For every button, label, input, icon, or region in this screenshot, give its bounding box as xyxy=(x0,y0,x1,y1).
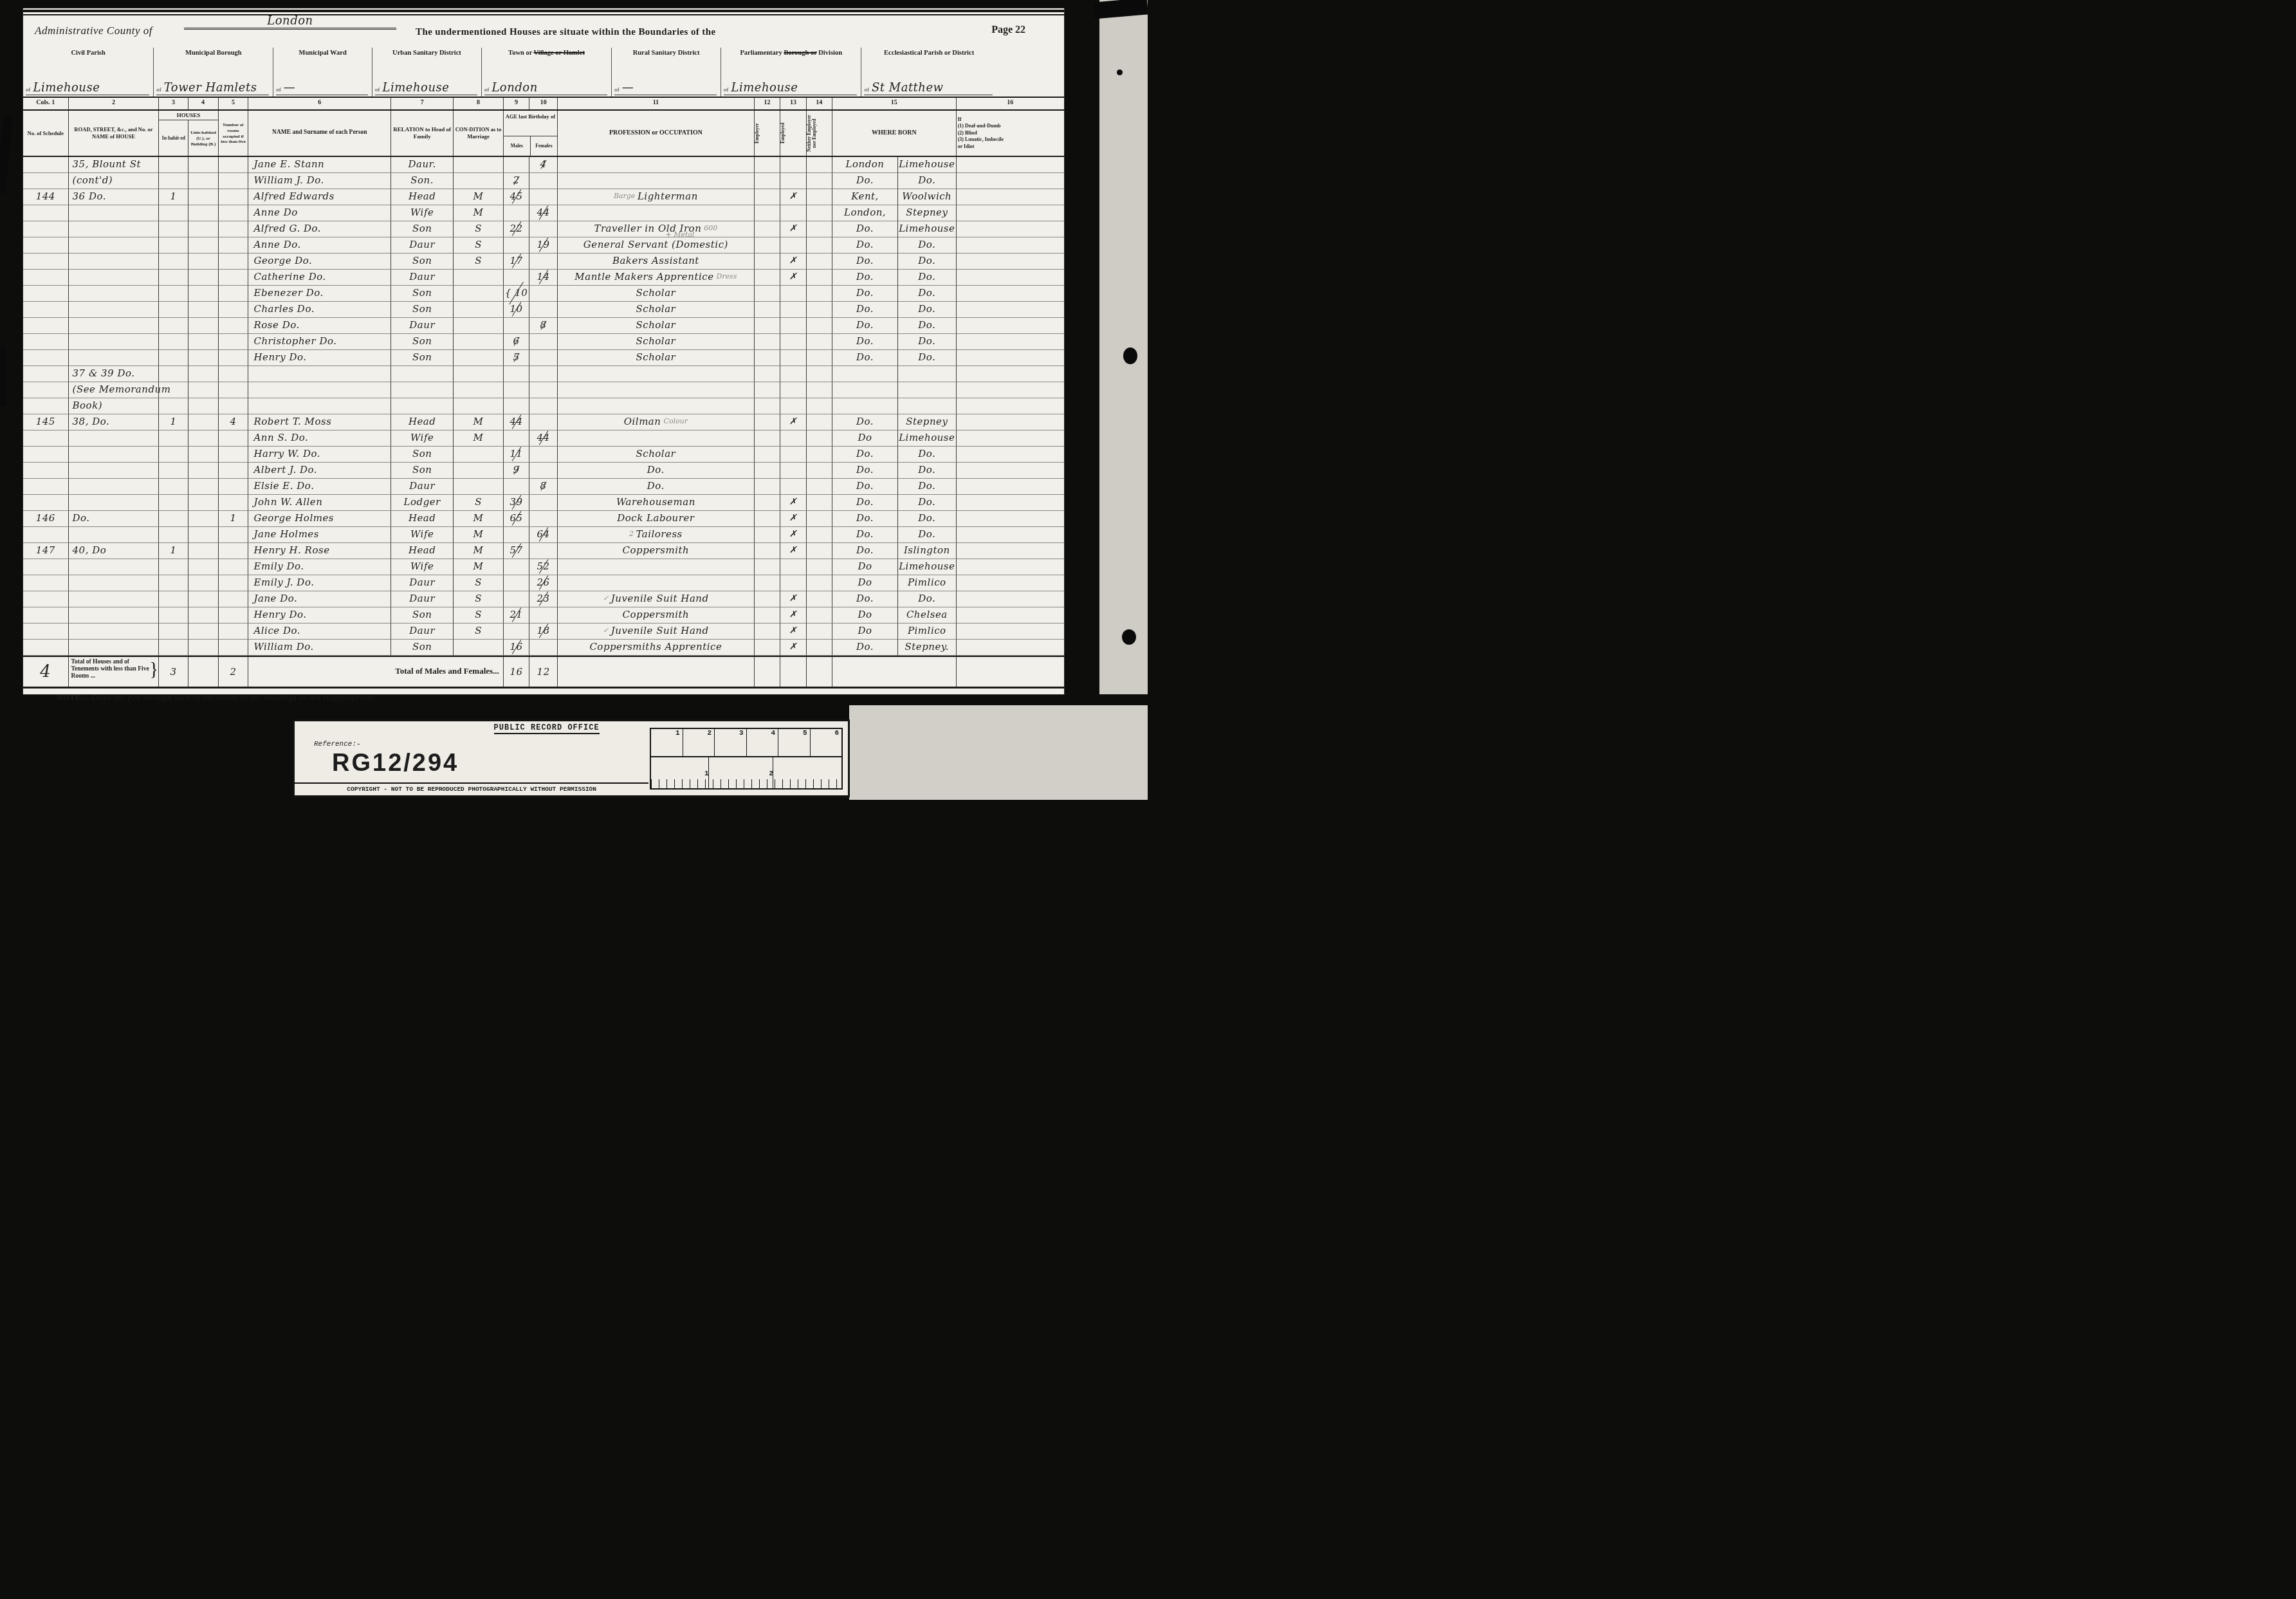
cell-relation: Daur. xyxy=(390,157,453,173)
table-row: 14436 Do.1Alfred EdwardsHeadM45Barge Lig… xyxy=(23,189,1064,205)
cell-age-female xyxy=(529,414,557,430)
cell-employer xyxy=(754,511,780,527)
cell-schedule xyxy=(23,479,68,495)
col-number: 15 xyxy=(832,98,956,109)
cell-infirmity xyxy=(956,302,1064,318)
cell-condition: S xyxy=(453,591,503,607)
cell-employer xyxy=(754,189,780,205)
cell-name: Harry W. Do. xyxy=(248,447,390,463)
cell-condition: M xyxy=(453,430,503,447)
cell-age-female: 26 xyxy=(529,575,557,591)
page-number: Page 22 xyxy=(991,24,1025,36)
cell-age-female xyxy=(529,334,557,350)
cell-inhabited xyxy=(158,511,187,527)
table-row: 14538, Do.14Robert T. MossHeadM44Oilman … xyxy=(23,414,1064,430)
cell-name: Ann S. Do. xyxy=(248,430,390,447)
cell-relation: Son xyxy=(390,350,453,366)
district-label: Town or Village or Hamlet xyxy=(482,50,611,57)
cell-name: William Do. xyxy=(248,640,390,656)
cell-condition: M xyxy=(453,189,503,205)
table-row: 37 & 39 Do. xyxy=(23,366,1064,382)
cell-employed xyxy=(780,479,805,495)
cell-born-county: Do. xyxy=(832,463,897,479)
ruler-ticks xyxy=(651,779,841,790)
cell-employer xyxy=(754,302,780,318)
total-spacer xyxy=(806,657,832,687)
ink-blob xyxy=(1117,69,1123,75)
cell-born-place: Stepney. xyxy=(897,640,956,656)
col-header-females: Females xyxy=(530,136,557,156)
cell-occupation: Scholar xyxy=(557,447,754,463)
table-row: Henry Do.SonS21Coppersmith✗DoChelsea xyxy=(23,607,1064,624)
cell-born-place: Woolwich xyxy=(897,189,956,205)
cell-relation xyxy=(390,366,453,382)
cell-infirmity xyxy=(956,270,1064,286)
cell-address xyxy=(68,237,159,254)
cell-employed: ✗ xyxy=(780,270,805,286)
cell-infirmity xyxy=(956,624,1064,640)
footnote-text: —Draw the pen through such of the words … xyxy=(84,692,376,702)
total-spacer xyxy=(780,657,805,687)
admin-county-label: Administrative County of xyxy=(35,24,152,37)
district-value: of London xyxy=(484,81,607,95)
table-row: Emily J. Do.DaurS26DoPimlico xyxy=(23,575,1064,591)
cell-condition: S xyxy=(453,495,503,511)
total-females: 12 xyxy=(529,657,557,687)
cell-schedule xyxy=(23,237,68,254)
cell-born-place: Do. xyxy=(897,270,956,286)
ruler-inch-cell: 2 xyxy=(683,729,715,756)
cell-inhabited xyxy=(158,302,187,318)
cell-infirmity xyxy=(956,463,1064,479)
ruler-inch-cell: 5 xyxy=(778,729,810,756)
cell-name: William J. Do. xyxy=(248,173,390,189)
cell-condition xyxy=(453,270,503,286)
cell-uninhabited xyxy=(188,430,218,447)
cell-relation: Daur xyxy=(390,575,453,591)
cell-inhabited xyxy=(158,640,187,656)
cell-neither xyxy=(806,205,832,221)
cell-age-male xyxy=(503,624,529,640)
cell-occupation: General Servant (Domestic)+ Metal xyxy=(557,237,754,254)
table-row: Anne Do.DaurS19General Servant (Domestic… xyxy=(23,237,1064,254)
table-row: Christopher Do.Son6ScholarDo.Do. xyxy=(23,334,1064,350)
col-number: 12 xyxy=(754,98,780,109)
cell-condition: M xyxy=(453,205,503,221)
cell-relation: Son xyxy=(390,447,453,463)
cell-occupation: 2 Tailoress xyxy=(557,527,754,543)
cell-name: Robert T. Moss xyxy=(248,414,390,430)
cell-neither xyxy=(806,414,832,430)
cell-rooms xyxy=(218,173,248,189)
cell-employed xyxy=(780,286,805,302)
cell-age-male: 45 xyxy=(503,189,529,205)
cell-neither xyxy=(806,302,832,318)
cell-condition xyxy=(453,286,503,302)
cell-schedule xyxy=(23,286,68,302)
scan-background xyxy=(849,705,1148,800)
cell-age-male xyxy=(503,430,529,447)
cell-name: Jane Do. xyxy=(248,591,390,607)
cell-relation: Wife xyxy=(390,205,453,221)
cell-rooms xyxy=(218,334,248,350)
cell-rooms xyxy=(218,575,248,591)
col-header-rooms: Number of rooms occupied if less than fi… xyxy=(218,111,248,156)
cell-rooms xyxy=(218,237,248,254)
cell-employer xyxy=(754,575,780,591)
cell-uninhabited xyxy=(188,205,218,221)
cell-employer xyxy=(754,479,780,495)
cell-inhabited xyxy=(158,318,187,334)
cell-relation: Son xyxy=(390,221,453,237)
cell-occupation: ✓ Juvenile Suit Hand xyxy=(557,624,754,640)
cell-infirmity xyxy=(956,334,1064,350)
cell-born-county: London, xyxy=(832,205,897,221)
cell-infirmity xyxy=(956,382,1064,398)
cell-uninhabited xyxy=(188,479,218,495)
cell-employed xyxy=(780,398,805,414)
cell-infirmity xyxy=(956,591,1064,607)
cell-address xyxy=(68,430,159,447)
cell-inhabited xyxy=(158,221,187,237)
cell-relation: Head xyxy=(390,414,453,430)
cell-employer xyxy=(754,221,780,237)
cell-uninhabited xyxy=(188,350,218,366)
cell-uninhabited xyxy=(188,189,218,205)
cell-rooms xyxy=(218,205,248,221)
cell-neither xyxy=(806,495,832,511)
cell-uninhabited xyxy=(188,302,218,318)
cell-occupation xyxy=(557,382,754,398)
cell-age-female xyxy=(529,189,557,205)
cell-schedule xyxy=(23,640,68,656)
district-value: of — xyxy=(276,81,368,95)
cell-address xyxy=(68,495,159,511)
cell-address xyxy=(68,286,159,302)
cell-address xyxy=(68,607,159,624)
district-box: Municipal Boroughof Tower Hamlets xyxy=(153,48,273,97)
col-header-whereborn: WHERE BORN xyxy=(832,111,956,156)
census-scan: Administrative County of London The unde… xyxy=(0,0,1148,800)
cell-condition: S xyxy=(453,607,503,624)
cell-uninhabited xyxy=(188,463,218,479)
cell-uninhabited xyxy=(188,221,218,237)
cell-name: Ebenezer Do. xyxy=(248,286,390,302)
cell-name: George Holmes xyxy=(248,511,390,527)
table-row: George Do.SonS17Bakers Assistant✗Do.Do. xyxy=(23,254,1064,270)
cell-employed xyxy=(780,559,805,575)
cell-age-male: 6 xyxy=(503,334,529,350)
cell-inhabited xyxy=(158,447,187,463)
cell-inhabited xyxy=(158,527,187,543)
cell-inhabited: 1 xyxy=(158,543,187,559)
cell-born-place: Limehouse xyxy=(897,430,956,447)
cell-address xyxy=(68,527,159,543)
cell-born-county: Do. xyxy=(832,511,897,527)
cell-neither xyxy=(806,543,832,559)
cell-born-place: Do. xyxy=(897,463,956,479)
cell-born-place: Do. xyxy=(897,479,956,495)
district-label: Rural Sanitary District xyxy=(612,50,721,57)
cell-born-county: Do. xyxy=(832,286,897,302)
cell-rooms xyxy=(218,157,248,173)
cell-name: Emily J. Do. xyxy=(248,575,390,591)
district-label: Municipal Ward xyxy=(273,50,372,57)
cell-employed xyxy=(780,350,805,366)
cell-uninhabited xyxy=(188,527,218,543)
ruler-inch-cell: 4 xyxy=(746,729,778,756)
cell-name: Anne Do. xyxy=(248,237,390,254)
cell-born-place: Do. xyxy=(897,350,956,366)
cell-born-county: Do xyxy=(832,430,897,447)
cell-inhabited xyxy=(158,270,187,286)
cell-born-county xyxy=(832,366,897,382)
cell-schedule xyxy=(23,430,68,447)
struck-words: Borough or xyxy=(784,50,816,57)
total-spacer xyxy=(557,657,754,687)
footnote-prefix: NOTE. xyxy=(57,692,84,702)
table-row: Harry W. Do.Son11ScholarDo.Do. xyxy=(23,447,1064,463)
total-spacer xyxy=(754,657,780,687)
cell-born-county: Do. xyxy=(832,221,897,237)
cell-neither xyxy=(806,221,832,237)
col-header-age: AGE last Birthday ofMalesFemales xyxy=(503,111,557,156)
cell-rooms xyxy=(218,624,248,640)
top-rule xyxy=(23,10,1064,15)
district-label: Parliamentary Borough or Division xyxy=(721,50,861,57)
cell-schedule xyxy=(23,382,68,398)
cell-address: (See Memorandum xyxy=(68,382,159,398)
table-row: 146Do.1George HolmesHeadM65Dock Labourer… xyxy=(23,511,1064,527)
cell-name: Jane E. Stann xyxy=(248,157,390,173)
table-row: Catherine Do.Daur14Mantle Makers Apprent… xyxy=(23,270,1064,286)
cell-schedule: 144 xyxy=(23,189,68,205)
table-row: Anne DoWifeM44London,Stepney xyxy=(23,205,1064,221)
cell-neither xyxy=(806,173,832,189)
cell-infirmity xyxy=(956,157,1064,173)
total-tenements: 2 xyxy=(218,657,248,687)
cell-inhabited: 1 xyxy=(158,189,187,205)
cell-rooms xyxy=(218,591,248,607)
cell-born-county: Do. xyxy=(832,350,897,366)
cell-condition: M xyxy=(453,559,503,575)
cell-infirmity xyxy=(956,205,1064,221)
cell-age-male: 17 xyxy=(503,254,529,270)
cell-neither xyxy=(806,254,832,270)
struck-words: Village or Hamlet xyxy=(534,50,585,57)
cell-inhabited xyxy=(158,237,187,254)
cell-address xyxy=(68,221,159,237)
cell-employed: ✗ xyxy=(780,607,805,624)
cell-employed xyxy=(780,430,805,447)
cell-relation: Daur xyxy=(390,624,453,640)
col-number: 5 xyxy=(218,98,248,109)
cell-address xyxy=(68,559,159,575)
cell-neither xyxy=(806,559,832,575)
cell-occupation: Traveller in Old Iron 600 xyxy=(557,221,754,237)
cell-schedule xyxy=(23,591,68,607)
cell-address xyxy=(68,463,159,479)
cell-relation: Son xyxy=(390,607,453,624)
cell-uninhabited xyxy=(188,591,218,607)
cell-age-female xyxy=(529,398,557,414)
cell-born-county: Do. xyxy=(832,543,897,559)
table-row: Albert J. Do.Son9Do.Do.Do. xyxy=(23,463,1064,479)
cell-address xyxy=(68,254,159,270)
cell-name: Alice Do. xyxy=(248,624,390,640)
cell-name xyxy=(248,398,390,414)
cell-employer xyxy=(754,254,780,270)
cell-relation: Daur xyxy=(390,591,453,607)
cell-age-male: 9 xyxy=(503,463,529,479)
cell-infirmity xyxy=(956,173,1064,189)
cell-relation: Son xyxy=(390,463,453,479)
cell-condition: S xyxy=(453,221,503,237)
col-number: 2 xyxy=(68,98,159,109)
cell-employed xyxy=(780,318,805,334)
cell-born-county: Do. xyxy=(832,318,897,334)
cell-occupation xyxy=(557,398,754,414)
cell-occupation: Mantle Makers Apprentice Dress xyxy=(557,270,754,286)
cell-born-place: Pimlico xyxy=(897,575,956,591)
cell-age-female xyxy=(529,382,557,398)
table-body: 35, Blount StJane E. StannDaur.4LondonLi… xyxy=(23,157,1064,656)
cell-neither xyxy=(806,270,832,286)
cell-born-place: Do. xyxy=(897,173,956,189)
cell-employer xyxy=(754,624,780,640)
cell-born-county: Do. xyxy=(832,173,897,189)
cell-born-county xyxy=(832,398,897,414)
situate-text: The undermentioned Houses are situate wi… xyxy=(416,27,827,38)
cell-inhabited xyxy=(158,430,187,447)
total-males-label: Total of Males and Females... xyxy=(248,657,502,687)
cell-age-female xyxy=(529,302,557,318)
census-table: Cols. 12345678910111213141516No. of Sche… xyxy=(23,98,1064,689)
cell-inhabited xyxy=(158,624,187,640)
cell-occupation: Bakers Assistant xyxy=(557,254,754,270)
cell-relation: Son xyxy=(390,334,453,350)
cell-age-female xyxy=(529,173,557,189)
cell-age-male: 57 xyxy=(503,543,529,559)
column-labels: No. of ScheduleROAD, STREET, &c., and No… xyxy=(23,111,1064,157)
cell-schedule xyxy=(23,302,68,318)
table-row: John W. AllenLodgerS39Warehouseman✗Do.Do… xyxy=(23,495,1064,511)
cell-neither xyxy=(806,318,832,334)
cell-employer xyxy=(754,607,780,624)
district-label: Urban Sanitary District xyxy=(372,50,481,57)
cell-occupation: Do. xyxy=(557,463,754,479)
ruler-inch-cell: 1 xyxy=(651,729,683,756)
cell-condition xyxy=(453,173,503,189)
cell-employer xyxy=(754,382,780,398)
cell-condition: M xyxy=(453,414,503,430)
cell-age-male xyxy=(503,398,529,414)
table-row: Book) xyxy=(23,398,1064,414)
cell-employed: ✗ xyxy=(780,189,805,205)
cell-relation: Head xyxy=(390,543,453,559)
cell-age-male xyxy=(503,559,529,575)
cell-rooms xyxy=(218,447,248,463)
cell-born-county: Do. xyxy=(832,527,897,543)
cell-inhabited xyxy=(158,495,187,511)
cell-schedule: 146 xyxy=(23,511,68,527)
cell-infirmity xyxy=(956,366,1064,382)
cell-schedule xyxy=(23,254,68,270)
cell-neither xyxy=(806,366,832,382)
cell-address xyxy=(68,318,159,334)
cell-born-place: Do. xyxy=(897,318,956,334)
cell-condition xyxy=(453,334,503,350)
cell-name: Elsie E. Do. xyxy=(248,479,390,495)
table-row: Rose Do.Daur8ScholarDo.Do. xyxy=(23,318,1064,334)
cell-neither xyxy=(806,334,832,350)
cell-inhabited xyxy=(158,591,187,607)
cell-age-female xyxy=(529,221,557,237)
cell-age-female xyxy=(529,511,557,527)
cell-inhabited xyxy=(158,205,187,221)
cell-age-female: 18 xyxy=(529,624,557,640)
cell-born-place: Limehouse xyxy=(897,221,956,237)
cell-born-place: Do. xyxy=(897,495,956,511)
cell-condition: M xyxy=(453,527,503,543)
cell-relation xyxy=(390,398,453,414)
cell-age-female: 23 xyxy=(529,591,557,607)
cell-employer xyxy=(754,398,780,414)
district-box: Rural Sanitary Districtof — xyxy=(611,48,721,97)
cell-uninhabited xyxy=(188,270,218,286)
col-number: 7 xyxy=(390,98,453,109)
cell-address xyxy=(68,302,159,318)
cell-age-female xyxy=(529,366,557,382)
cell-born-county: Do. xyxy=(832,414,897,430)
cell-condition xyxy=(453,350,503,366)
district-value: of St Matthew xyxy=(864,81,992,95)
district-box: Civil Parishof Limehouse xyxy=(23,48,153,97)
total-spacer xyxy=(832,657,956,687)
cell-name: George Do. xyxy=(248,254,390,270)
cell-age-male: 10 xyxy=(503,302,529,318)
cell-condition: S xyxy=(453,575,503,591)
cell-inhabited xyxy=(158,479,187,495)
cell-address: 40, Do xyxy=(68,543,159,559)
cell-infirmity xyxy=(956,559,1064,575)
cell-employed xyxy=(780,157,805,173)
cell-occupation xyxy=(557,173,754,189)
cell-schedule xyxy=(23,495,68,511)
cell-uninhabited xyxy=(188,237,218,254)
cell-condition: M xyxy=(453,511,503,527)
ruler-cm: 1 2 xyxy=(651,757,841,790)
cell-employed: ✗ xyxy=(780,591,805,607)
cell-age-male: 44 xyxy=(503,414,529,430)
district-value: of Tower Hamlets xyxy=(156,81,269,95)
cell-employer xyxy=(754,463,780,479)
cell-inhabited xyxy=(158,157,187,173)
cell-infirmity xyxy=(956,350,1064,366)
cell-schedule xyxy=(23,270,68,286)
cell-uninhabited xyxy=(188,366,218,382)
cell-infirmity xyxy=(956,286,1064,302)
cell-age-female xyxy=(529,447,557,463)
punch-hole xyxy=(1122,629,1136,645)
district-box: Urban Sanitary Districtof Limehouse xyxy=(372,48,481,97)
cell-born-county: Do. xyxy=(832,479,897,495)
cell-inhabited xyxy=(158,334,187,350)
cell-uninhabited xyxy=(188,286,218,302)
cell-name: Henry H. Rose xyxy=(248,543,390,559)
district-label: Municipal Borough xyxy=(154,50,273,57)
cell-age-male: 2 xyxy=(503,173,529,189)
